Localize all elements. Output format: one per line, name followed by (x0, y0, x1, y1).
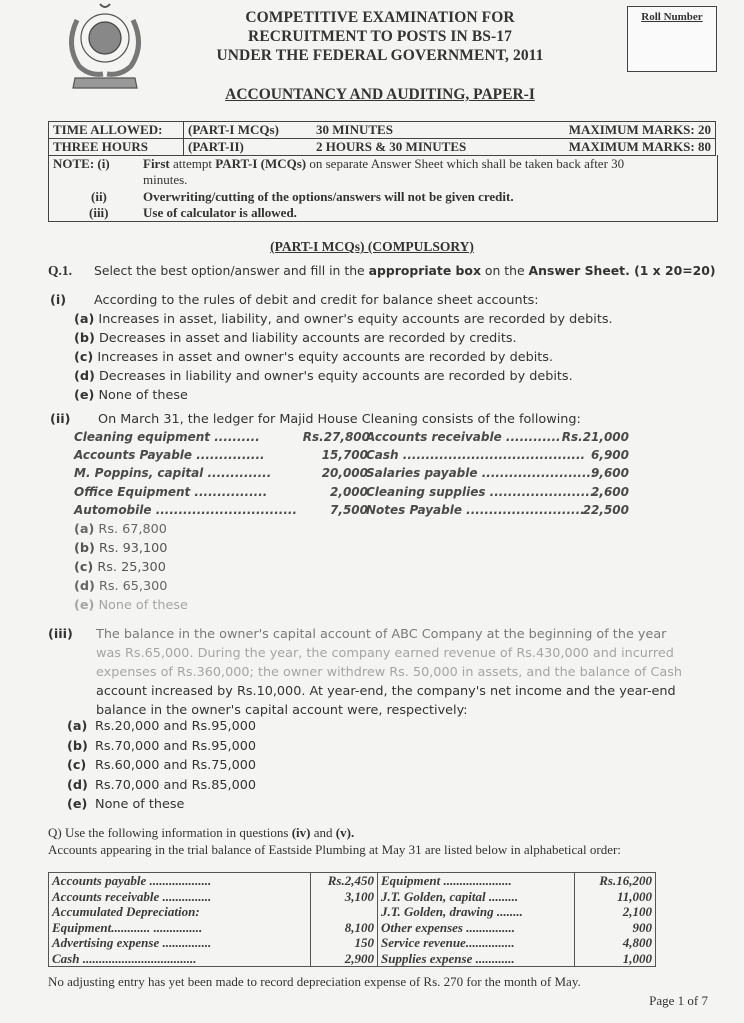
qi-option-b[interactable]: (b) Decreases in asset and liability acc… (74, 329, 613, 348)
notes-box: NOTE: (i) First attempt PART-I (MCQs) on… (48, 155, 718, 222)
note-3-number: (iii) (89, 205, 109, 221)
time-row-part2: THREE HOURS (PART-II) 2 HOURS & 30 MINUT… (49, 139, 716, 156)
fpsc-logo (55, 0, 155, 95)
trial-row: Accounts payable ...................Rs.2… (49, 873, 656, 889)
ledger-right-2-amount: 6,900 (524, 446, 629, 465)
part1-duration: 30 MINUTES (312, 122, 520, 139)
exam-title-line3: UNDER THE FEDERAL GOVERNMENT, 2011 (170, 46, 590, 65)
qii-option-a[interactable]: (a) Rs. 67,800 (74, 520, 188, 539)
qiii-option-d[interactable]: (d)Rs.70,000 and Rs.85,000 (67, 776, 256, 796)
qii-options: (a) Rs. 67,800 (b) Rs. 93,100 (c) Rs. 25… (74, 520, 188, 615)
qii-stem: On March 31, the ledger for Majid House … (98, 410, 581, 429)
trial-footnote: No adjusting entry has yet been made to … (48, 974, 581, 990)
qi-number: (i) (50, 291, 66, 310)
ledger-left-1-amount: Rs.27,800 (254, 428, 370, 447)
trial-row: Cash ...................................… (49, 951, 656, 967)
ledger-right-3-amount: 9,600 (524, 464, 629, 483)
qi-stem: According to the rules of debit and cred… (94, 291, 539, 310)
note-3: Use of calculator is allowed. (143, 205, 297, 221)
ledger-right-5-amount: 22,500 (524, 501, 629, 520)
ledger-right-1-amount: Rs.21,000 (524, 428, 629, 447)
qii-number: (ii) (50, 410, 70, 429)
ledger-left-4-amount: 2,000 (254, 483, 368, 502)
q1-instruction: Select the best option/answer and fill i… (94, 261, 716, 280)
note-label: NOTE: (i) (53, 156, 110, 172)
time-allowed-label: TIME ALLOWED: (49, 122, 184, 139)
part2-duration: 2 HOURS & 30 MINUTES (312, 139, 520, 156)
trial-row: Equipment............ ...............8,1… (49, 920, 656, 936)
paper-title: ACCOUNTANCY AND AUDITING, PAPER-I (170, 86, 590, 104)
qiii-option-c[interactable]: (c)Rs.60,000 and Rs.75,000 (67, 756, 256, 776)
qiii-option-b[interactable]: (b)Rs.70,000 and Rs.95,000 (67, 737, 256, 757)
q-iv-v-intro: Q) Use the following information in ques… (48, 825, 354, 841)
qiii-option-a[interactable]: (a)Rs.20,000 and Rs.95,000 (67, 717, 256, 737)
trial-row: Accounts receivable ...............3,100… (49, 889, 656, 905)
part1-heading: (PART-I MCQs) (COMPULSORY) (0, 239, 744, 255)
roll-number-box[interactable]: Roll Number (627, 6, 717, 72)
note-1-continued: minutes. (143, 172, 187, 188)
ledger-left-5-amount: 7,500 (254, 501, 368, 520)
exam-title-line1: COMPETITIVE EXAMINATION FOR (170, 8, 590, 27)
note-1: First attempt PART-I (MCQs) on separate … (143, 156, 624, 172)
roll-number-label: Roll Number (628, 11, 716, 23)
qii-ledger: Cleaning equipment .......... Rs.27,800 … (74, 428, 634, 523)
part2-max-marks: MAXIMUM MARKS: 80 (520, 139, 716, 156)
part1-label: (PART-I MCQs) (184, 122, 313, 139)
note-2: Overwriting/cutting of the options/answe… (143, 189, 514, 205)
trial-balance-table: Accounts payable ...................Rs.2… (48, 872, 656, 967)
page-number: Page 1 of 7 (649, 993, 708, 1009)
ledger-left-3: M. Poppins, capital .............. (74, 464, 271, 483)
ledger-left-2: Accounts Payable ............... (74, 446, 265, 465)
qi-option-d[interactable]: (d) Decreases in liability and owner's e… (74, 367, 613, 386)
three-hours-label: THREE HOURS (49, 139, 184, 156)
qiii-number: (iii) (48, 625, 73, 644)
qii-option-d[interactable]: (d) Rs. 65,300 (74, 577, 188, 596)
qii-option-c[interactable]: (c) Rs. 25,300 (74, 558, 188, 577)
qiii-option-e[interactable]: (e)None of these (67, 795, 256, 815)
qii-option-b[interactable]: (b) Rs. 93,100 (74, 539, 188, 558)
qi-option-c[interactable]: (c) Increases in asset and owner's equit… (74, 348, 613, 367)
ledger-left-2-amount: 15,700 (254, 446, 368, 465)
note-2-number: (ii) (91, 189, 107, 205)
ledger-left-4: Office Equipment ................ (74, 483, 267, 502)
trial-row: Accumulated Depreciation:J.T. Golden, dr… (49, 904, 656, 920)
part1-max-marks: MAXIMUM MARKS: 20 (520, 122, 716, 139)
qiii-stem: The balance in the owner's capital accou… (96, 625, 682, 720)
trial-row: Advertising expense ...............150Se… (49, 935, 656, 951)
q-iv-v-intro2: Accounts appearing in the trial balance … (48, 842, 621, 858)
time-row-part1: TIME ALLOWED: (PART-I MCQs) 30 MINUTES M… (49, 122, 716, 139)
qii-option-e[interactable]: (e) None of these (74, 596, 188, 615)
ledger-left-3-amount: 20,000 (254, 464, 368, 483)
qi-option-a[interactable]: (a) Increases in asset, liability, and o… (74, 310, 613, 329)
ledger-right-4-amount: 2,600 (524, 483, 629, 502)
ledger-left-1: Cleaning equipment .......... (74, 428, 260, 447)
qi-option-e[interactable]: (e) None of these (74, 386, 613, 405)
q1-number: Q.1. (48, 261, 72, 280)
exam-title-line2: RECRUITMENT TO POSTS IN BS-17 (170, 27, 590, 46)
part2-label: (PART-II) (184, 139, 313, 156)
qi-options: (a) Increases in asset, liability, and o… (74, 310, 613, 405)
qiii-options: (a)Rs.20,000 and Rs.95,000 (b)Rs.70,000 … (67, 717, 256, 815)
time-allowed-table: TIME ALLOWED: (PART-I MCQs) 30 MINUTES M… (48, 121, 716, 156)
